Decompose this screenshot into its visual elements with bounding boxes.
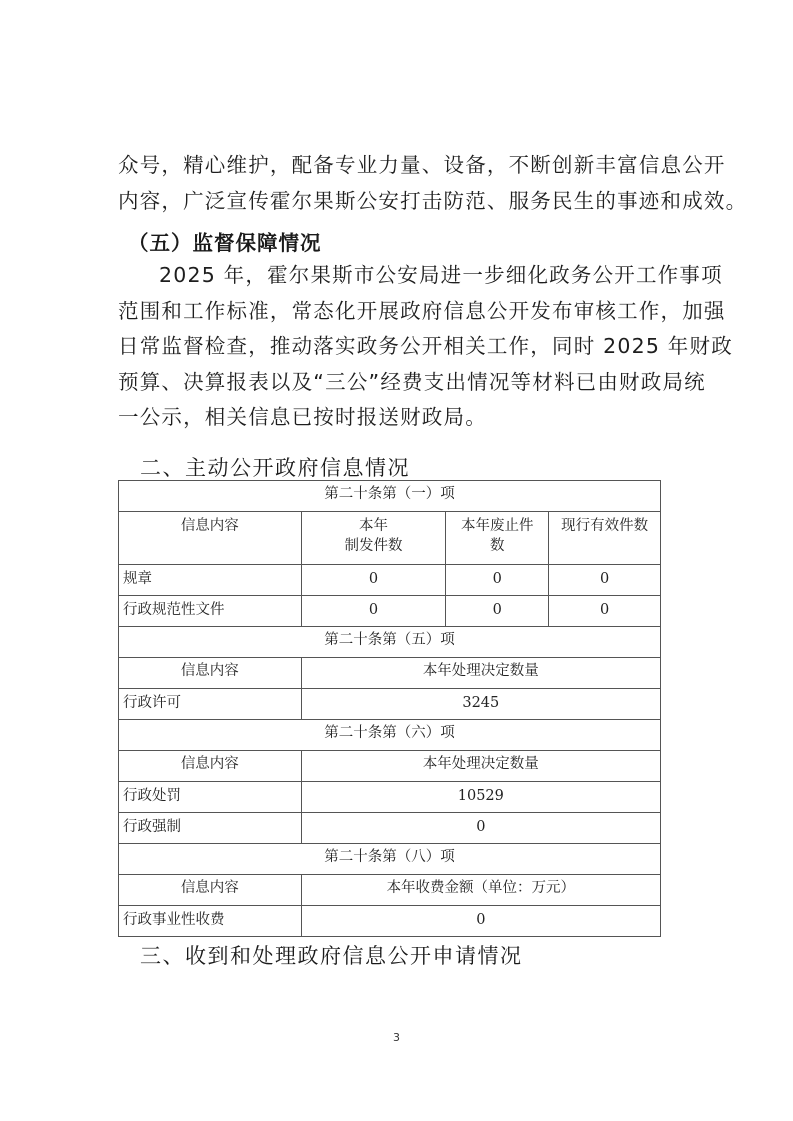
table-header-row: 信息内容 本年处理决定数量 [119, 658, 661, 689]
paragraph-supervision: 2025 年，霍尔果斯市公安局进一步细化政务公开工作事项 范围和工作标准，常态化… [118, 258, 663, 436]
table-row: 行政强制 0 [119, 813, 661, 844]
cell-value: 0 [549, 596, 661, 627]
text-line: 范围和工作标准，常态化开展政府信息公开发布审核工作，加强 [118, 294, 663, 330]
row-label: 行政强制 [119, 813, 302, 844]
section-title-item-6: 第二十条第（六）项 [119, 720, 661, 751]
header-line: 本年 [359, 518, 388, 534]
section-title-applications: 三、收到和处理政府信息公开申请情况 [140, 940, 523, 970]
text-line: 内容，广泛宣传霍尔果斯公安打击防范、服务民生的事迹和成效。 [118, 184, 663, 220]
header-fee-amount: 本年收费金额（单位：万元） [301, 875, 660, 906]
header-line: 数 [490, 538, 505, 554]
table-section-header: 第二十条第（一）项 [119, 481, 661, 512]
cell-value: 3245 [301, 689, 660, 720]
table-section-header: 第二十条第（五）项 [119, 627, 661, 658]
disclosure-table: 第二十条第（一）项 信息内容 本年制发件数 本年废止件数 现行有效件数 规章 0… [118, 480, 661, 937]
header-abolished-this-year: 本年废止件数 [446, 512, 549, 565]
subheading-supervision: （五）监督保障情况 [128, 226, 322, 256]
header-decisions-count: 本年处理决定数量 [301, 658, 660, 689]
text-line: 一公示，相关信息已按时报送财政局。 [118, 400, 663, 436]
section-title-proactive-disclosure: 二、主动公开政府信息情况 [140, 452, 410, 482]
header-info-content: 信息内容 [119, 658, 302, 689]
section-title-item-5: 第二十条第（五）项 [119, 627, 661, 658]
table-section-header: 第二十条第（六）项 [119, 720, 661, 751]
cell-value: 0 [549, 565, 661, 596]
table-header-row: 信息内容 本年收费金额（单位：万元） [119, 875, 661, 906]
table-header-row: 信息内容 本年制发件数 本年废止件数 现行有效件数 [119, 512, 661, 565]
cell-value: 10529 [301, 782, 660, 813]
row-label: 行政事业性收费 [119, 906, 302, 937]
table-row: 行政规范性文件 0 0 0 [119, 596, 661, 627]
header-info-content: 信息内容 [119, 875, 302, 906]
header-info-content: 信息内容 [119, 512, 302, 565]
text-line: 众号，精心维护，配备专业力量、设备，不断创新丰富信息公开 [118, 148, 663, 184]
header-line: 制发件数 [345, 538, 403, 554]
header-decisions-count: 本年处理决定数量 [301, 751, 660, 782]
row-label: 规章 [119, 565, 302, 596]
cell-value: 0 [301, 565, 446, 596]
section-title-item-1: 第二十条第（一）项 [119, 481, 661, 512]
paragraph-public-account: 众号，精心维护，配备专业力量、设备，不断创新丰富信息公开 内容，广泛宣传霍尔果斯… [118, 148, 663, 219]
cell-value: 0 [301, 813, 660, 844]
table-row: 行政许可 3245 [119, 689, 661, 720]
row-label: 行政许可 [119, 689, 302, 720]
text-line: 2025 年，霍尔果斯市公安局进一步细化政务公开工作事项 [118, 258, 663, 294]
row-label: 行政规范性文件 [119, 596, 302, 627]
header-issued-this-year: 本年制发件数 [301, 512, 446, 565]
table-row: 规章 0 0 0 [119, 565, 661, 596]
header-info-content: 信息内容 [119, 751, 302, 782]
text-line: 日常监督检查，推动落实政务公开相关工作，同时 2025 年财政 [118, 329, 663, 365]
table-row: 行政事业性收费 0 [119, 906, 661, 937]
table-header-row: 信息内容 本年处理决定数量 [119, 751, 661, 782]
page-number: 3 [0, 1031, 793, 1044]
row-label: 行政处罚 [119, 782, 302, 813]
cell-value: 0 [301, 906, 660, 937]
cell-value: 0 [301, 596, 446, 627]
cell-value: 0 [446, 596, 549, 627]
text-line: 预算、决算报表以及“三公”经费支出情况等材料已由财政局统 [118, 365, 663, 401]
cell-value: 0 [446, 565, 549, 596]
header-currently-valid: 现行有效件数 [549, 512, 661, 565]
table-section-header: 第二十条第（八）项 [119, 844, 661, 875]
table-row: 行政处罚 10529 [119, 782, 661, 813]
header-line: 本年废止件 [461, 518, 534, 534]
section-title-item-8: 第二十条第（八）项 [119, 844, 661, 875]
